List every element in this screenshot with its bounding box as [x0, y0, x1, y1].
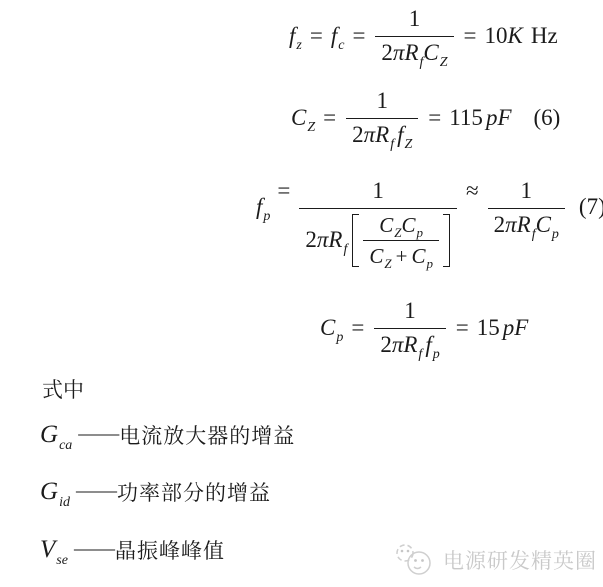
var-subscript: se	[56, 553, 68, 568]
var-subscript: p	[426, 256, 433, 271]
document-page: fz = fc = 1 2πRfCZ = 10 K Hz CZ = 1 2πRf…	[0, 0, 603, 587]
var-base: f	[425, 332, 431, 357]
equals-sign: =	[456, 314, 469, 343]
main-fraction: 1 2πRf CZCp CZ+Cp	[299, 177, 457, 271]
var-base: C	[423, 40, 438, 65]
var-C-p: Cp	[411, 244, 433, 268]
var-subscript: Z	[384, 256, 391, 271]
fraction-numerator: 1	[370, 87, 394, 118]
definition-text: 电流放大器的增益	[119, 420, 295, 450]
coefficient-two: 2	[381, 40, 393, 65]
var-base: f	[397, 122, 403, 147]
equals-sign: =	[310, 22, 323, 51]
equation-7: fp = 1 2πRf CZCp CZ+Cp ≈ 1 2πRfCp (7)	[256, 177, 603, 271]
var-subscript: p	[433, 347, 440, 362]
var-base: R	[517, 212, 531, 237]
fraction-denominator: 2πRffZ	[346, 118, 418, 150]
var-subscript: p	[336, 330, 343, 345]
equals-sign: =	[352, 22, 365, 51]
value-10: 10	[485, 22, 508, 51]
approx-sign: ≈	[466, 177, 479, 206]
left-bracket	[352, 214, 359, 268]
var-base: C	[291, 105, 306, 130]
inner-fraction: CZCp CZ+Cp	[363, 212, 439, 270]
var-subscript: p	[263, 209, 270, 224]
equation-6: CZ = 1 2πRffZ = 115 pF (6)	[291, 87, 560, 150]
coefficient-two: 2	[494, 212, 506, 237]
pi-symbol: π	[364, 122, 376, 147]
equation-number-7: (7)	[579, 193, 603, 222]
equals-sign: =	[277, 177, 290, 206]
var-base: C	[402, 213, 416, 237]
fraction-numerator: 1	[398, 297, 422, 328]
definitions-intro: 式中	[42, 374, 84, 404]
var-base: C	[411, 244, 425, 268]
var-subscript: f	[418, 347, 422, 362]
fraction: 1 2πRffp	[374, 297, 445, 360]
var-subscript: Z	[440, 55, 448, 70]
definition-dash: ——	[74, 536, 114, 561]
var-subscript: z	[296, 38, 301, 53]
equation-cp: Cp = 1 2πRffp = 15 pF	[320, 297, 528, 360]
var-C-Z: CZ	[369, 244, 391, 268]
var-f-c: fc	[331, 22, 345, 51]
coefficient-two: 2	[305, 226, 317, 255]
watermark-text: 电源研发精英圈	[443, 545, 597, 575]
symbol-G-ca: Gca	[40, 421, 72, 449]
var-subscript: c	[338, 38, 344, 53]
var-subscript: f	[390, 137, 394, 152]
var-C-p: Cp	[320, 314, 343, 343]
fraction-denominator: 2πRfCZ	[375, 36, 453, 68]
var-C-Z: CZ	[379, 213, 401, 237]
var-C-Z: CZ	[423, 40, 447, 65]
approx-fraction: 1 2πRfCp	[488, 177, 565, 240]
var-subscript: f	[343, 242, 347, 257]
definition-row-gca: Gca —— 电流放大器的增益	[40, 416, 295, 454]
pi-symbol: π	[392, 332, 404, 357]
community-smileys-icon	[393, 543, 437, 577]
var-subscript: ca	[59, 438, 72, 453]
var-base: f	[289, 23, 295, 48]
coefficient-two: 2	[352, 122, 364, 147]
var-base: f	[256, 194, 262, 219]
definition-row-gid: Gid —— 功率部分的增益	[40, 473, 271, 511]
var-C-p: Cp	[536, 212, 559, 237]
coefficient-two: 2	[380, 332, 392, 357]
fraction: 1 2πRffZ	[346, 87, 418, 150]
var-subscript: Z	[405, 137, 413, 152]
var-base: R	[404, 40, 418, 65]
var-base: R	[375, 122, 389, 147]
pi-symbol: π	[505, 212, 517, 237]
fraction-numerator: 1	[403, 5, 427, 36]
var-R-f: Rf	[404, 40, 423, 65]
var-base: f	[331, 23, 337, 48]
value-suffix-K: K	[508, 22, 523, 51]
var-subscript: f	[532, 227, 536, 242]
watermark: 电源研发精英圈	[393, 543, 597, 577]
fraction: 1 2πRfCZ	[375, 5, 453, 68]
var-C-Z: CZ	[291, 104, 315, 133]
pi-symbol: π	[393, 40, 405, 65]
definition-text: 晶振峰峰值	[115, 535, 225, 565]
var-subscript: Z	[307, 120, 315, 135]
equals-sign: =	[428, 104, 441, 133]
var-subscript: f	[420, 55, 424, 70]
var-R-f: Rf	[517, 212, 536, 237]
definition-row-vse: Vse —— 晶振峰峰值	[40, 531, 225, 569]
definition-dash: ——	[78, 421, 118, 446]
equals-sign: =	[464, 22, 477, 51]
var-subscript: id	[59, 495, 70, 510]
equals-sign: =	[323, 104, 336, 133]
var-f-Z: fZ	[397, 122, 412, 147]
fraction-numerator: 1	[515, 177, 539, 208]
right-bracket	[443, 214, 450, 268]
symbol-G-id: Gid	[40, 478, 70, 506]
fraction-denominator: 2πRf CZCp CZ+Cp	[299, 208, 457, 272]
var-base: V	[40, 536, 55, 563]
fraction-numerator: 1	[366, 177, 390, 208]
definition-dash: ——	[76, 478, 116, 503]
equation-number-6: (6)	[534, 104, 561, 133]
var-f-z: fz	[289, 22, 302, 51]
var-R-f: Rf	[375, 122, 394, 147]
var-base: C	[320, 315, 335, 340]
fraction-denominator: 2πRffp	[374, 328, 445, 360]
var-R-f: Rf	[403, 332, 422, 357]
symbol-V-se: Vse	[40, 536, 68, 564]
var-base: C	[369, 244, 383, 268]
var-f-p: fp	[256, 193, 270, 222]
var-R-f: Rf	[328, 226, 347, 255]
var-base: R	[328, 227, 342, 252]
unit-pF: pF	[503, 314, 529, 343]
pi-symbol: π	[317, 226, 329, 255]
definition-text: 功率部分的增益	[117, 477, 271, 507]
value-15: 15	[477, 314, 500, 343]
var-subscript: p	[552, 227, 559, 242]
unit-Hz: Hz	[531, 22, 558, 51]
var-subscript: p	[417, 225, 424, 240]
var-base: G	[40, 421, 58, 448]
value-115: 115	[449, 104, 483, 133]
var-C-p: Cp	[402, 213, 424, 237]
fraction-denominator: 2πRfCp	[488, 208, 565, 240]
unit-pF: pF	[486, 104, 512, 133]
var-f-p: fp	[425, 332, 439, 357]
equation-fz: fz = fc = 1 2πRfCZ = 10 K Hz	[289, 5, 558, 68]
var-base: C	[379, 213, 393, 237]
var-subscript: Z	[394, 225, 401, 240]
inner-denominator: CZ+Cp	[363, 240, 439, 269]
var-base: R	[403, 332, 417, 357]
inner-numerator: CZCp	[373, 212, 429, 240]
plus-sign: +	[396, 244, 408, 268]
equals-sign: =	[351, 314, 364, 343]
var-base: G	[40, 478, 58, 505]
var-base: C	[536, 212, 551, 237]
